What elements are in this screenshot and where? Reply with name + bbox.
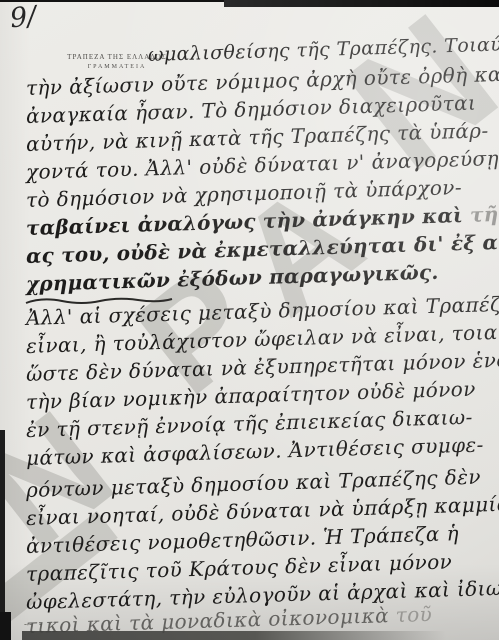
manuscript-line-faint-text: τῆς ὠφελεί- <box>470 199 499 227</box>
manuscript-page-scan: Ν Ρ Α Ν 9/ ΤΡΑΠΕΖΑ ΤΗΣ ΕΛΛΑΔΟΣ ΓΡΑΜΜΑΤΕΙ… <box>0 0 499 640</box>
scan-edge-top-right <box>224 0 499 7</box>
manuscript-line-faint-text: τοῦ <box>395 602 432 627</box>
scan-edge-bottom-left-corner <box>0 612 11 640</box>
scan-edge-left <box>0 430 5 640</box>
stray-ink-marks: ‐‐ ‐ · <box>24 620 54 630</box>
page-number: 9/ <box>8 1 37 35</box>
scan-edge-bottom <box>22 631 446 640</box>
